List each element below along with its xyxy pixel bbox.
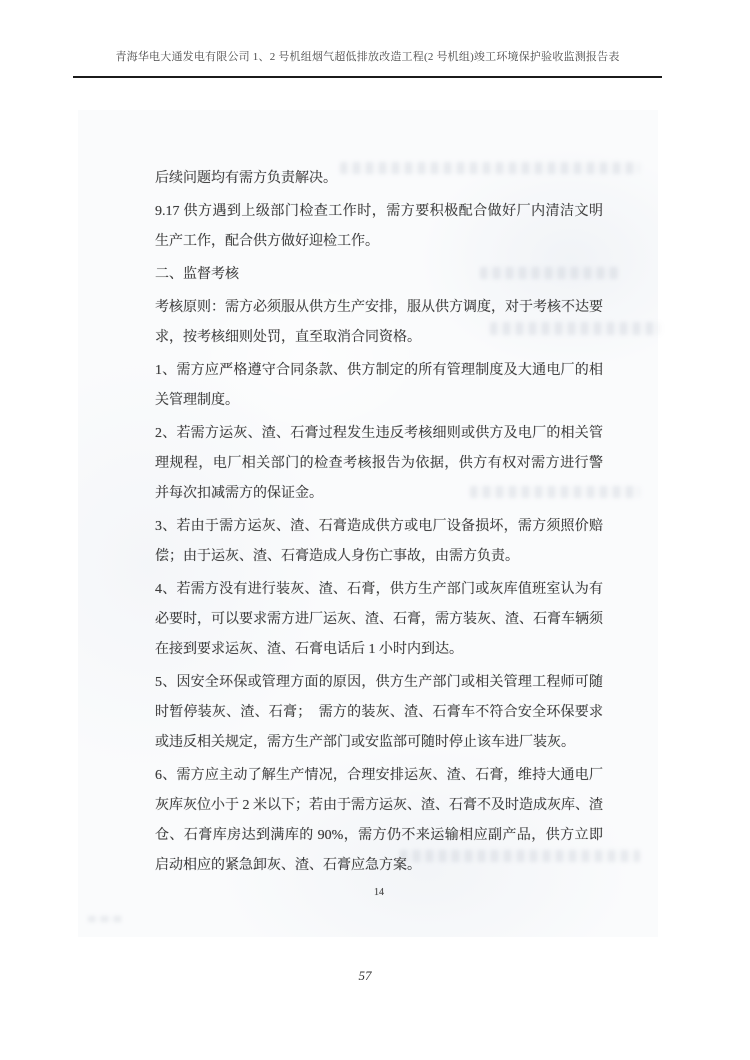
document-line: 3、若由于需方运灰、渣、石膏造成供方或电厂设备损坏，需方须照价赔 [155, 512, 603, 542]
paragraph: 4、若需方没有进行装灰、渣、石膏，供方生产部门或灰库值班室认为有必要时，可以要求… [155, 575, 603, 665]
paragraph: 3、若由于需方运灰、渣、石膏造成供方或电厂设备损坏，需方须照价赔偿；由于运灰、渣… [155, 512, 603, 572]
document-line: 后续问题均有需方负责解决。 [155, 164, 603, 194]
document-line: 理规程，电厂相关部门的检查考核报告为依据，供方有权对需方进行警告， [155, 449, 603, 479]
paragraph: 1、需方应严格遵守合同条款、供方制定的所有管理制度及大通电厂的相关管理制度。 [155, 356, 603, 416]
report-header-title: 青海华电大通发电有限公司 1、2 号机组烟气超低排放改造工程(2 号机组)竣工环… [73, 48, 662, 64]
document-line: 9.17 供方遇到上级部门检查工作时，需方要积极配合做好厂内清洁文明 [155, 197, 603, 227]
document-line: 或违反相关规定，需方生产部门或安监部可随时停止该车进厂装灰。 [155, 728, 603, 758]
scan-page-number: 14 [155, 886, 603, 900]
document-text: 后续问题均有需方负责解决。9.17 供方遇到上级部门检查工作时，需方要积极配合做… [155, 164, 603, 900]
document-line: 关管理制度。 [155, 386, 603, 416]
document-line: 2、若需方运灰、渣、石膏过程发生违反考核细则或供方及电厂的相关管 [155, 419, 603, 449]
scanned-document: 后续问题均有需方负责解决。9.17 供方遇到上级部门检查工作时，需方要积极配合做… [78, 110, 658, 937]
document-line: 并每次扣减需方的保证金。 [155, 479, 603, 509]
header-rule [73, 76, 662, 78]
document-line: 灰库灰位小于 2 米以下；若由于需方运灰、渣、石膏不及时造成灰库、渣 [155, 791, 603, 821]
paragraph: 5、因安全环保或管理方面的原因，供方生产部门或相关管理工程师可随时暂停装灰、渣、… [155, 668, 603, 758]
document-line: 4、若需方没有进行装灰、渣、石膏，供方生产部门或灰库值班室认为有 [155, 575, 603, 605]
document-line: 偿；由于运灰、渣、石膏造成人身伤亡事故，由需方负责。 [155, 542, 603, 572]
paragraph: 后续问题均有需方负责解决。 [155, 164, 603, 194]
document-line: 求，按考核细则处罚，直至取消合同资格。 [155, 323, 603, 353]
report-page: 青海华电大通发电有限公司 1、2 号机组烟气超低排放改造工程(2 号机组)竣工环… [0, 0, 750, 1060]
document-line: 6、需方应主动了解生产情况，合理安排运灰、渣、石膏，维持大通电厂 [155, 761, 603, 791]
document-line: 启动相应的紧急卸灰、渣、石膏应急方案。 [155, 851, 603, 881]
document-line: 必要时，可以要求需方进厂运灰、渣、石膏，需方装灰、渣、石膏车辆须 [155, 605, 603, 635]
document-line: 二、监督考核 [155, 260, 603, 290]
page-number: 57 [290, 968, 440, 984]
paragraph: 考核原则：需方必须服从供方生产安排，服从供方调度，对于考核不达要求，按考核细则处… [155, 293, 603, 353]
document-line: 1、需方应严格遵守合同条款、供方制定的所有管理制度及大通电厂的相 [155, 356, 603, 386]
paragraph: 2、若需方运灰、渣、石膏过程发生违反考核细则或供方及电厂的相关管理规程，电厂相关… [155, 419, 603, 509]
document-line: 仓、石膏库房达到满库的 90%，需方仍不来运输相应副产品，供方立即 [155, 821, 603, 851]
document-line: 考核原则：需方必须服从供方生产安排，服从供方调度，对于考核不达要 [155, 293, 603, 323]
paragraph: 9.17 供方遇到上级部门检查工作时，需方要积极配合做好厂内清洁文明生产工作，配… [155, 197, 603, 257]
document-line: 5、因安全环保或管理方面的原因，供方生产部门或相关管理工程师可随 [155, 668, 603, 698]
document-line: 在接到要求运灰、渣、石膏电话后 1 小时内到达。 [155, 635, 603, 665]
paragraph: 二、监督考核 [155, 260, 603, 290]
paragraph: 6、需方应主动了解生产情况，合理安排运灰、渣、石膏，维持大通电厂灰库灰位小于 2… [155, 761, 603, 881]
document-line: 生产工作，配合供方做好迎检工作。 [155, 227, 603, 257]
document-line: 时暂停装灰、渣、石膏； 需方的装灰、渣、石膏车不符合安全环保要求 [155, 698, 603, 728]
bleed-through-smudge [88, 916, 122, 922]
